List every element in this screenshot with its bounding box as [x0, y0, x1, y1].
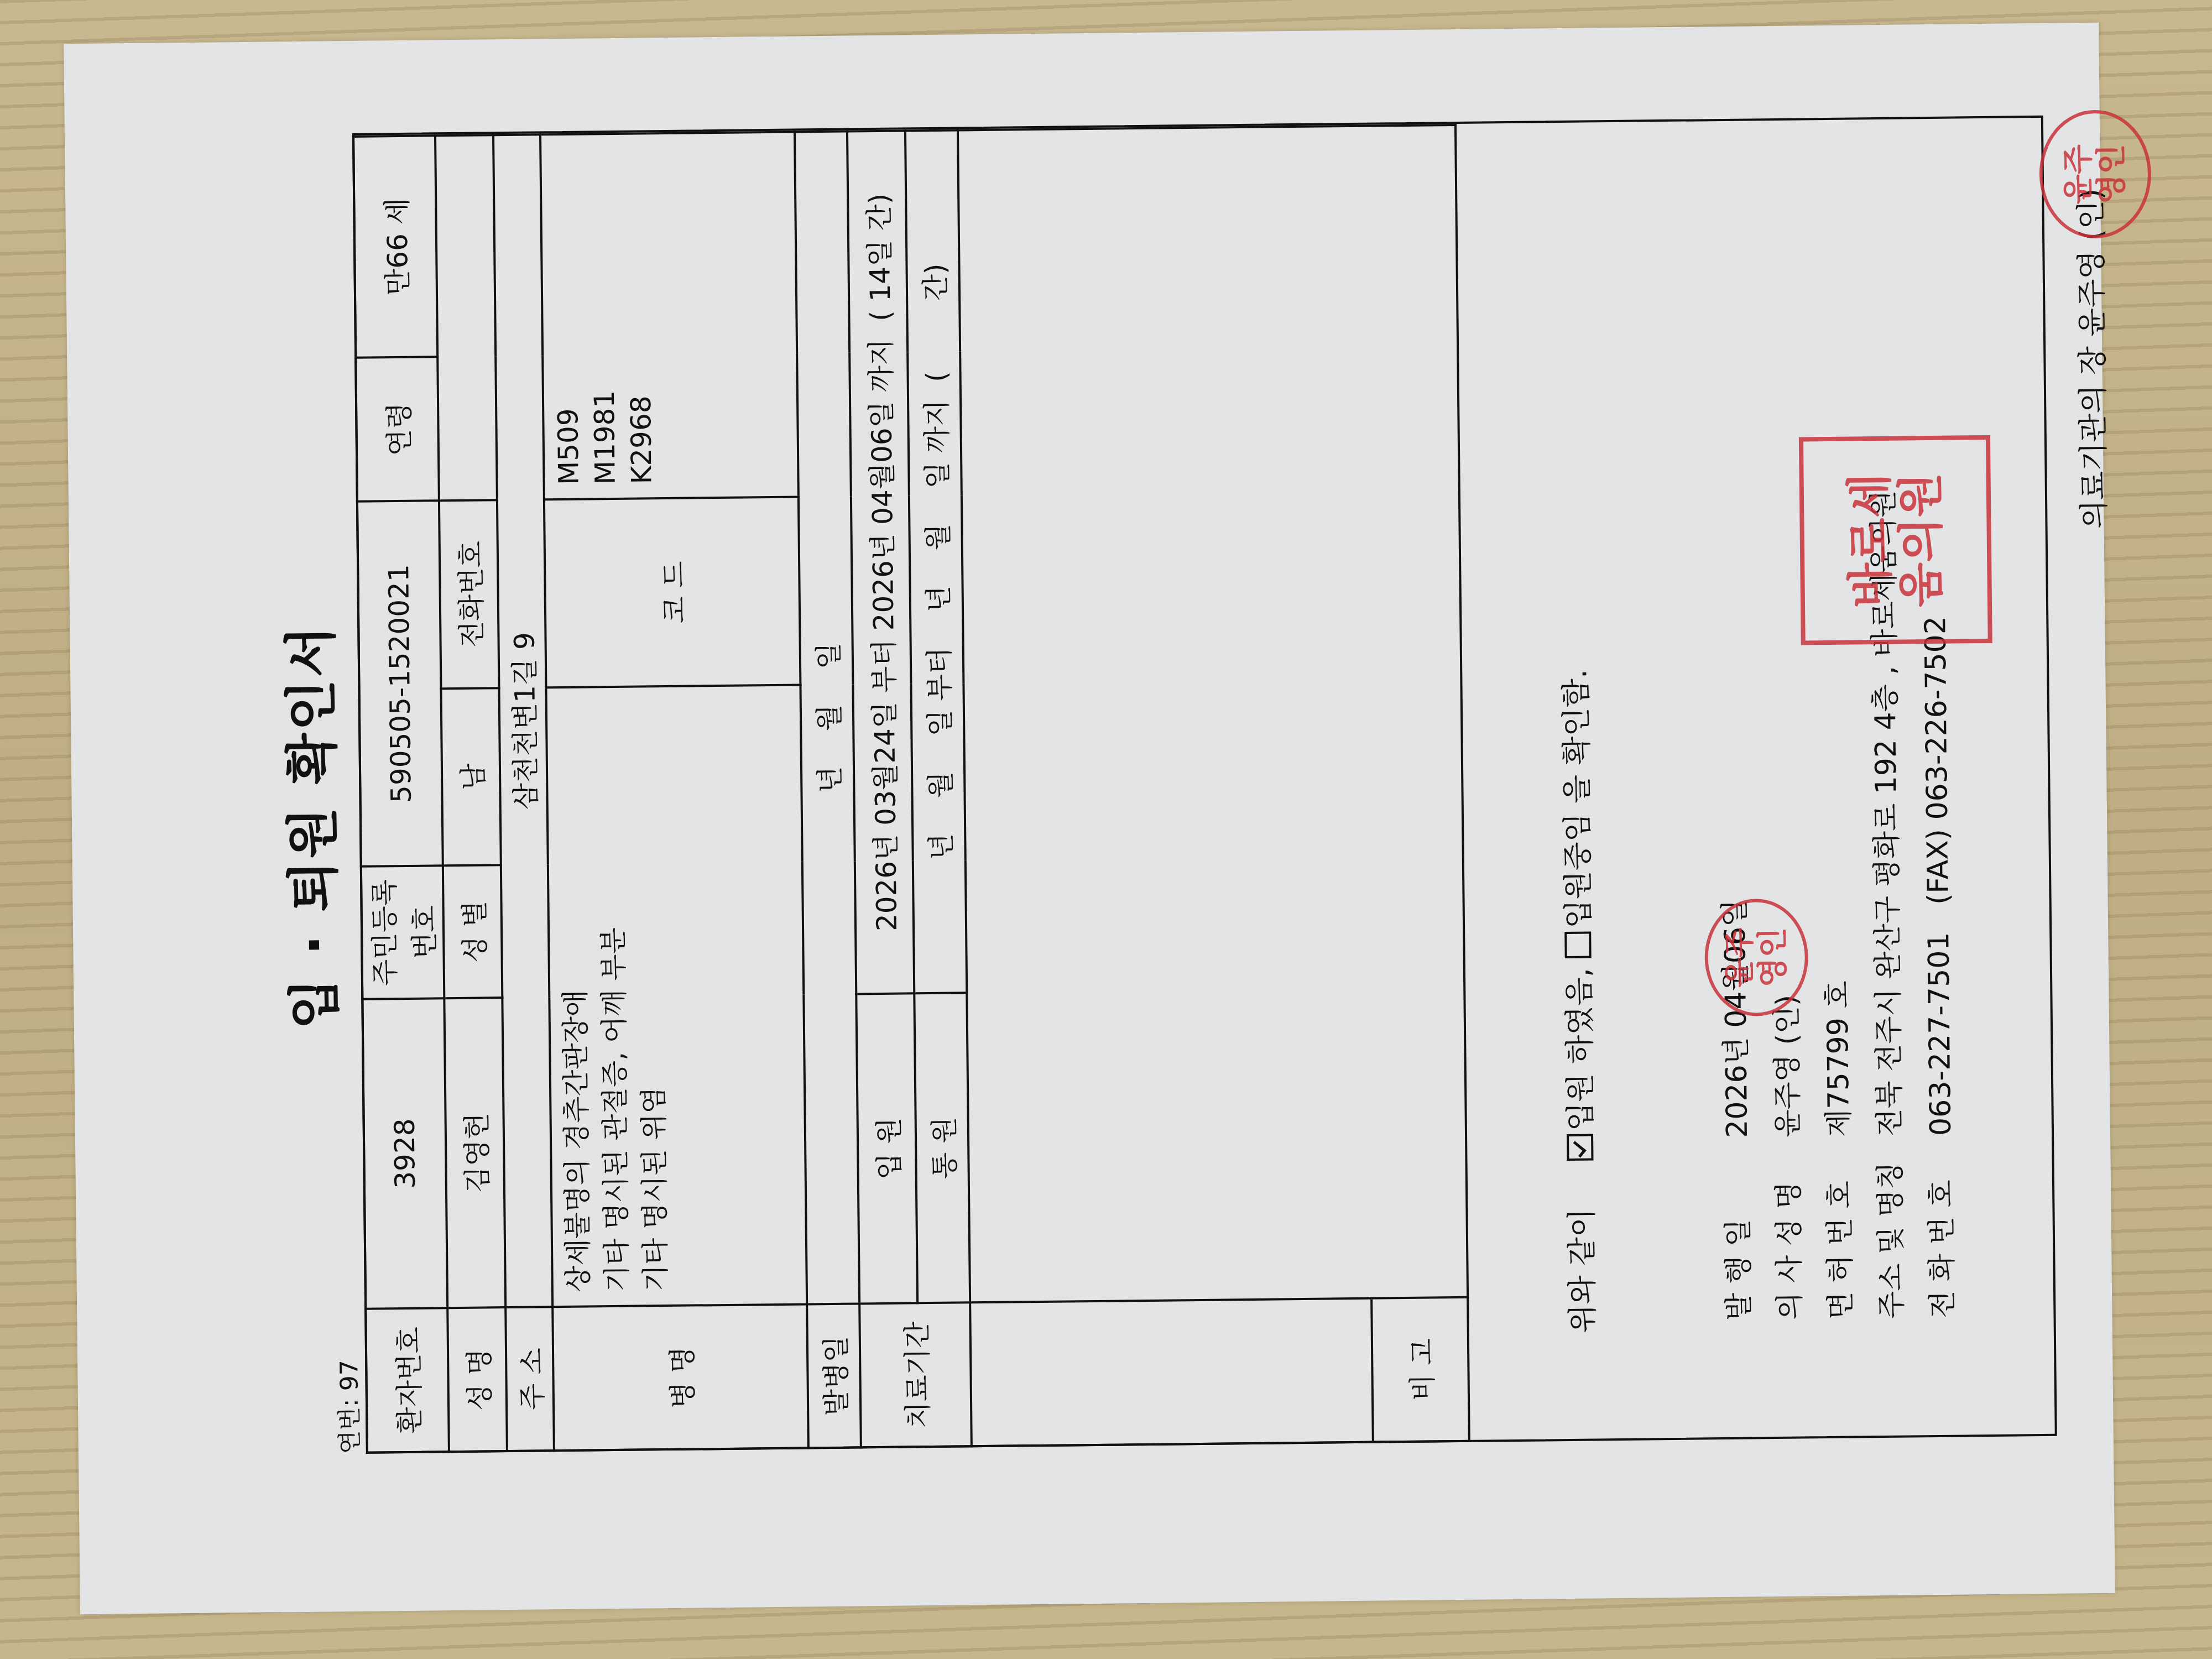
code-list: M509 M1981 K2968: [540, 132, 799, 500]
code-item: M509: [547, 149, 587, 486]
license-value: 제75799 호: [1812, 980, 1865, 1137]
patient-form-table: 환자번호 3928 주민등록번호 590505-1520021 연령 만66 세…: [352, 124, 1470, 1454]
outpatient-label: 통 원: [914, 993, 970, 1303]
sex-label: 성 별: [443, 865, 503, 998]
code-item: K2968: [620, 148, 660, 484]
inpatient-label: 입 원: [856, 993, 917, 1303]
remarks-label-cell: 비 고: [970, 1297, 1469, 1446]
confirmation-suffix: 을 확인함.: [1558, 669, 1595, 804]
hospital-phone-label: 전 화 번 호: [1916, 1135, 1968, 1318]
address-label: 주 소: [505, 1307, 554, 1451]
remarks-label: 비 고: [1370, 1298, 1468, 1441]
sex-value: 남: [441, 688, 500, 865]
confirmation-sentence: 위와 같이 입원 하였음, 입원중임 을 확인함.: [1552, 669, 1602, 1334]
hospital-seal-stamp: 바로세 움의원: [1799, 435, 1992, 645]
license-label: 면 허 번 호: [1814, 1136, 1866, 1319]
outpatient-value: 년 월 일 부터 년 월 일 까지 ( 간): [905, 130, 967, 993]
rrn-value: 590505-1520021: [357, 500, 443, 867]
doctor-value: 윤주영 (인): [1761, 994, 1814, 1138]
patient-id-label: 환자번호: [366, 1308, 449, 1453]
phone-value: [435, 135, 497, 500]
confirmation-prefix: 위와 같이: [1564, 1208, 1600, 1333]
diagnosis-label: 병 명: [552, 1304, 808, 1451]
name-label: 성 명: [447, 1307, 507, 1452]
hospital-address-label: 주소 및 명칭: [1865, 1136, 1917, 1319]
name-value: 김영헌: [444, 998, 505, 1308]
admitted-checkbox[interactable]: [1567, 1134, 1594, 1161]
age-label: 연령: [356, 357, 439, 502]
code-label: 코 드: [544, 497, 801, 687]
diagnosis-item: 상세불명의 경추간판장애: [553, 701, 598, 1292]
serial-number: 연번: 97: [329, 1360, 366, 1454]
phone-label: 전화번호: [439, 500, 499, 688]
remarks-value: [958, 125, 1468, 1302]
onset-label: 발병일: [807, 1303, 861, 1448]
institution-head: 의료기관의 장 윤주영 (인): [2067, 189, 2113, 529]
issue-date-label: 발 행 일: [1712, 1138, 1765, 1321]
patient-id-value: 3928: [362, 998, 447, 1309]
doctor-seal-stamp: 윤주 영인: [1704, 898, 1809, 1016]
age-value: 만66 세: [353, 135, 437, 358]
doctor-label: 의 사 성 명: [1763, 1137, 1815, 1320]
code-item: M1981: [583, 148, 623, 485]
hospital-phone-value: 063-227-7501 (FAX) 063-226-7502: [1910, 616, 1966, 1136]
diagnosis-list: 상세불명의 경추간판장애 기타 명시된 관절증, 어깨 부분 기타 명시된 위염: [546, 685, 807, 1307]
diagnosis-item: 기타 명시된 위염: [630, 701, 675, 1292]
head-label: 의료기관의 장: [2075, 346, 2111, 529]
treatment-label: 치료기간: [859, 1302, 972, 1447]
in-hospital-checkbox[interactable]: [1564, 932, 1592, 959]
rrn-label: 주민등록번호: [361, 865, 445, 999]
option-in-hospital: 입원중임: [1560, 813, 1596, 928]
option-admitted: 입원 하였음,: [1562, 968, 1598, 1131]
inpatient-value: 2026년 03월24일 부터 2026년 04월06일 까지 ( 14일 간): [847, 131, 914, 994]
certificate-page: 입 · 퇴원 확인서 연번: 97 환자번호 3928 주민등록번호 59050…: [64, 23, 2115, 1614]
diagnosis-item: 기타 명시된 관절증, 어깨 부분: [592, 701, 637, 1292]
head-seal-stamp: 윤주 영인: [2039, 109, 2152, 239]
